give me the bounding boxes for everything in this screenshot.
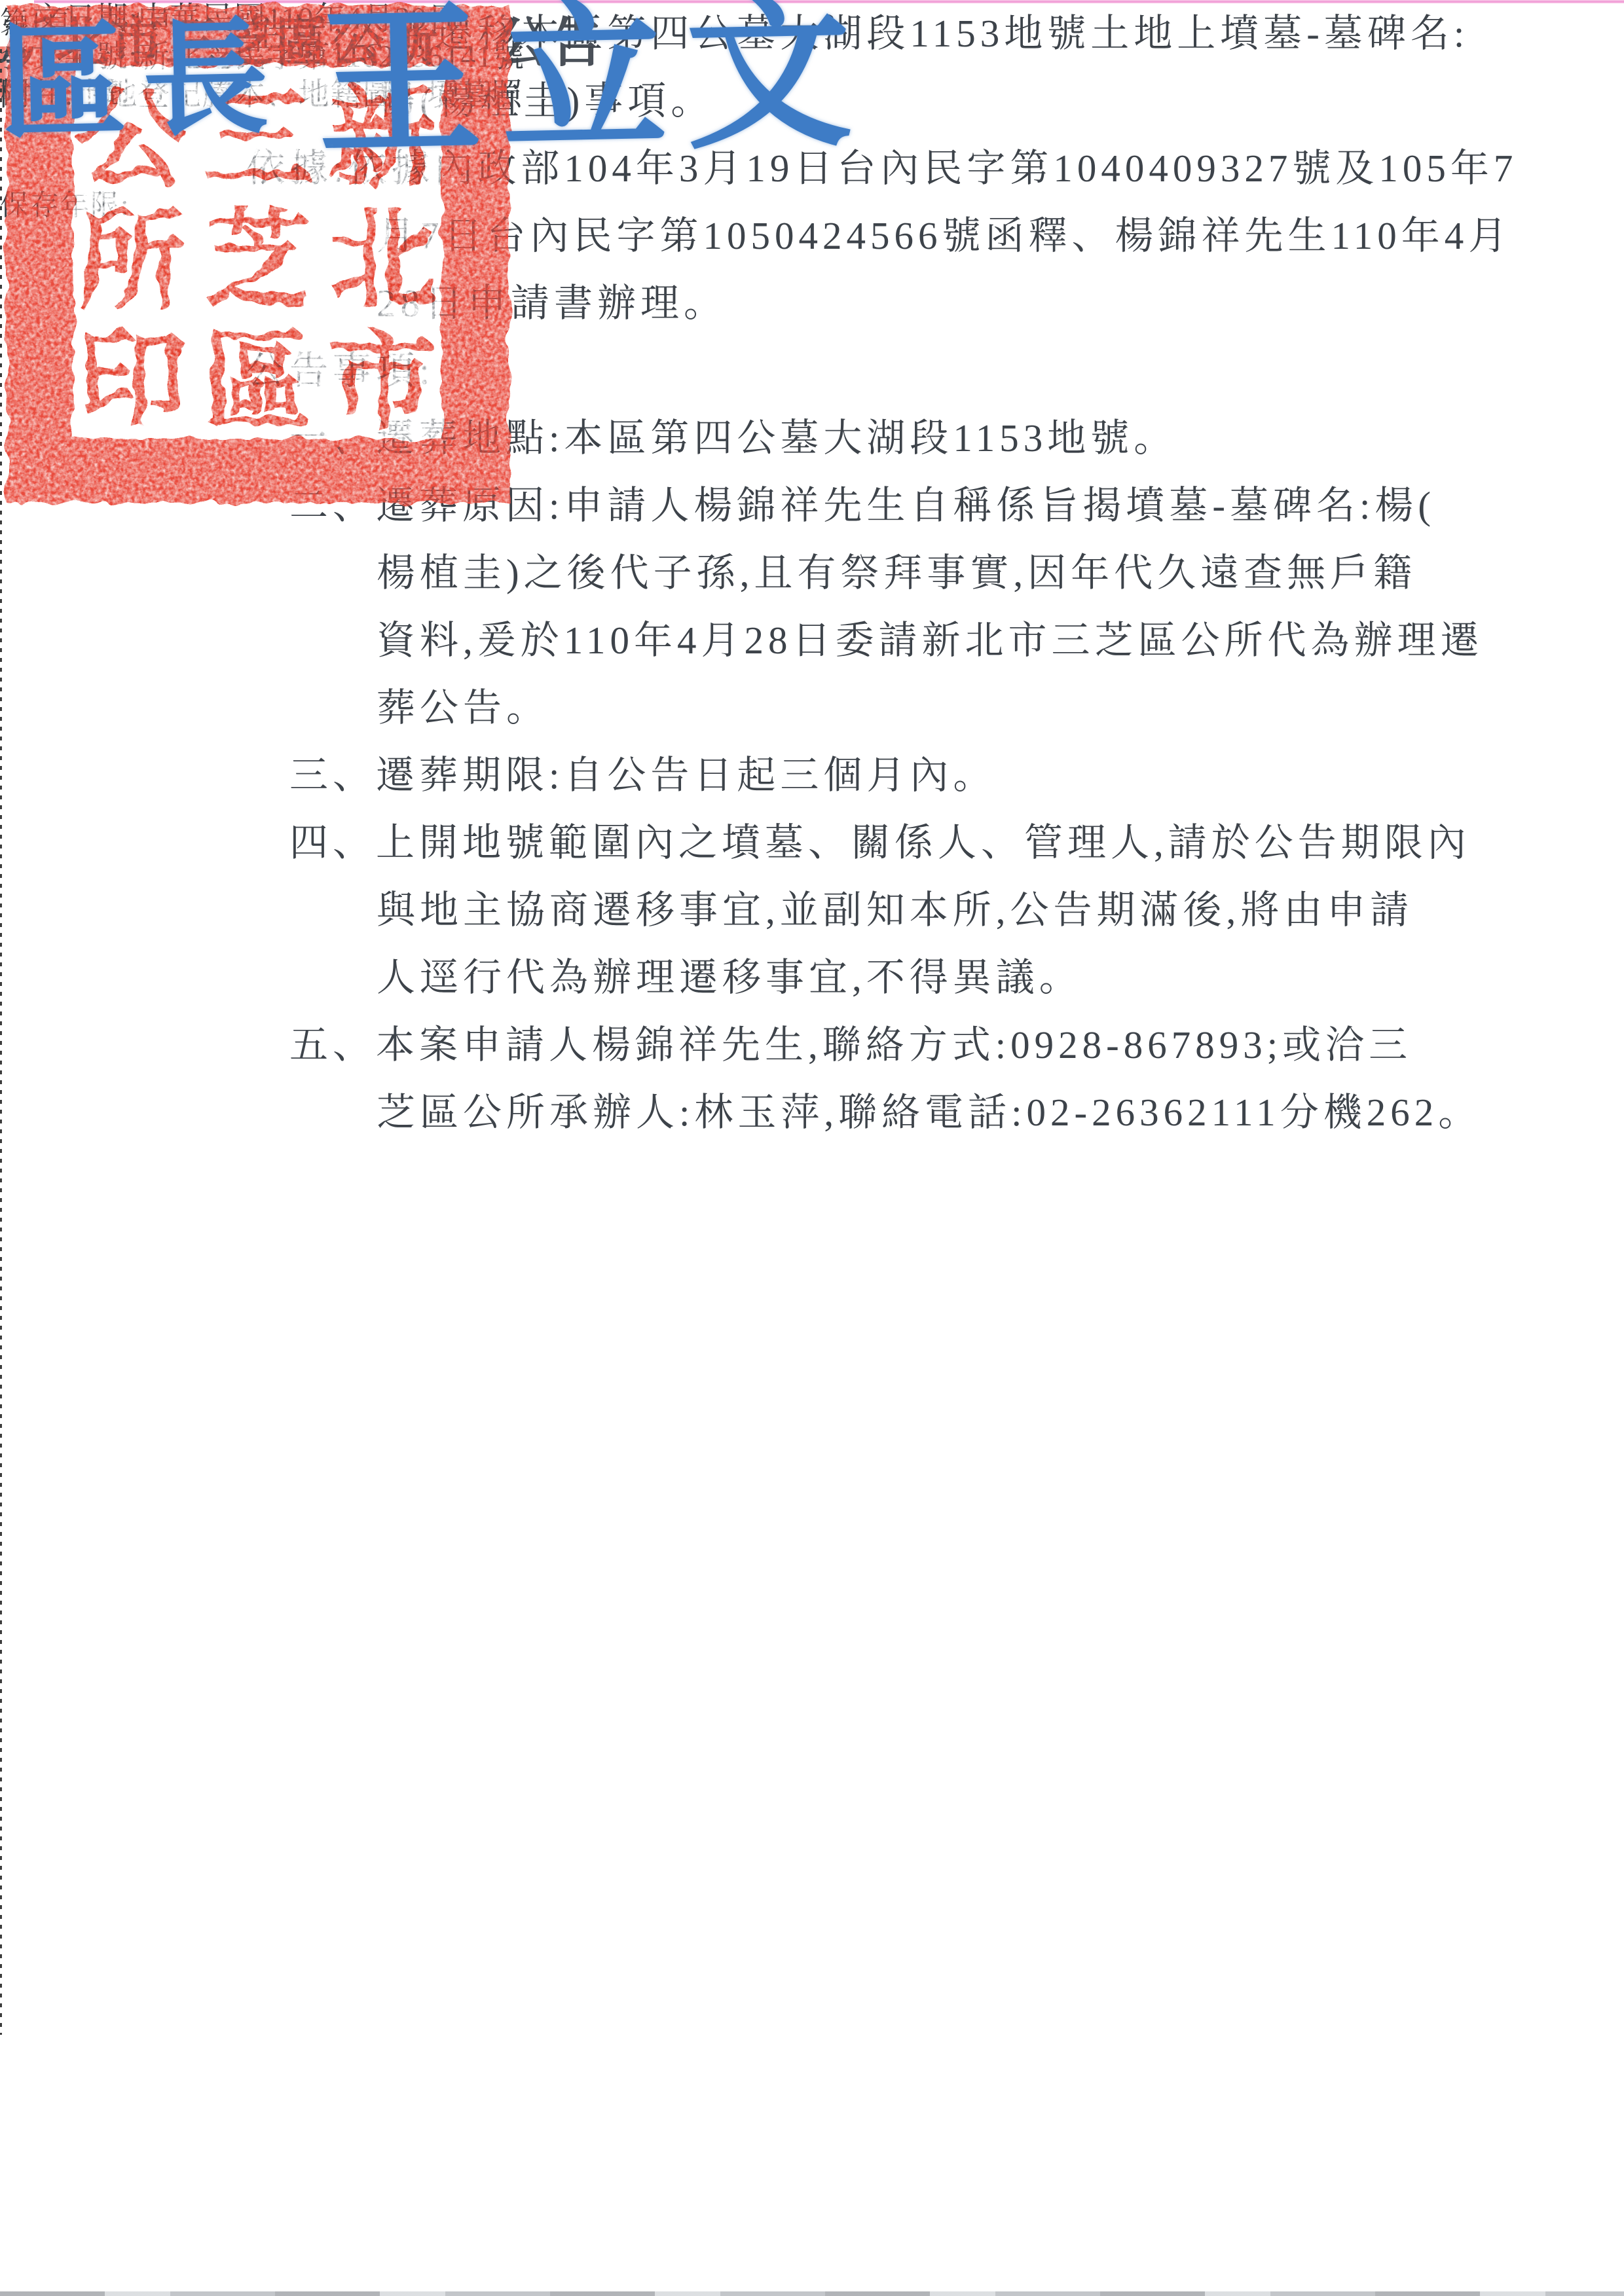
body-line: 芝區公所承辦人:林玉萍,聯絡電話:02-26362111分機262。 [377,1079,1517,1146]
seal-character: 區 [203,322,312,443]
body-line: 人逕行代為辦理遷移事宜,不得異議。 [377,944,1517,1011]
seal-character: 印 [77,322,186,443]
signature-name: 王立文 [315,0,872,168]
body-line: 五、本案申請人楊錦祥先生,聯絡方式:0928-867893;或洽三 [289,1011,1517,1079]
signature-title: 區長 [0,16,287,148]
body-line: 資料,爰於110年4月28日委請新北市三芝區公所代為辦理遷 [377,607,1517,674]
mayor-signature-stamp: 區長 王立文 [0,0,873,174]
body-line: 月7日台內民字第1050424566號函釋、楊錦祥先生110年4月 [377,202,1517,270]
scan-edge-artifact [0,2291,1624,2296]
body-line: 四、上開地號範圍內之墳墓、關係人、管理人,請於公告期限內 [289,809,1517,877]
seal-character: 市 [329,322,437,443]
body-line: 葬公告。 [377,674,1517,742]
body-line: 三、遷葬期限:自公告日起三個月內。 [289,742,1517,809]
seal-character: 所 [77,201,186,321]
scanned-announcement-page: 檔 號: 保存年限: 新北市三芝區公所 公告 發文日期:中華民國110年4月29… [0,0,1624,2296]
body-line: 與地主協商遷移事宜,並副知本所,公告期滿後,將由申請 [377,877,1517,944]
seal-character: 芝 [203,201,312,321]
body-line: 28日申請書辦理。 [377,270,1517,337]
body-line: 楊植圭)之後代子孫,且有祭拜事實,因年代久遠查無戶籍 [377,539,1517,607]
seal-character: 北 [329,201,437,321]
